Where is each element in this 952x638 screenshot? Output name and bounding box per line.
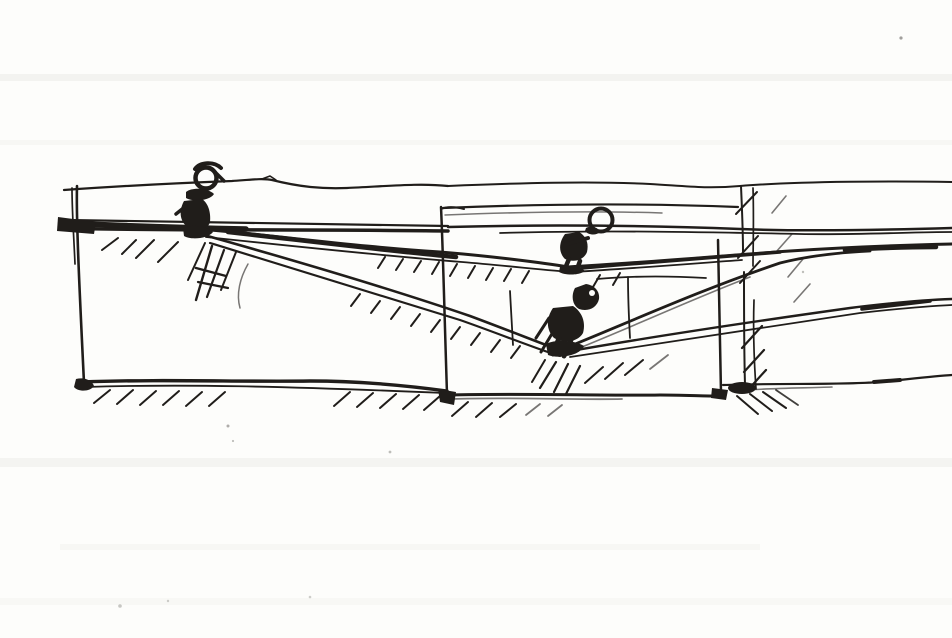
parapet-band [448,226,952,235]
sketch-page [0,0,952,638]
right-pier [728,186,810,414]
right-ground-line [723,375,952,390]
ink-specks [118,36,902,607]
figure-mid-lower [536,284,599,356]
ink-sketch [0,0,952,638]
